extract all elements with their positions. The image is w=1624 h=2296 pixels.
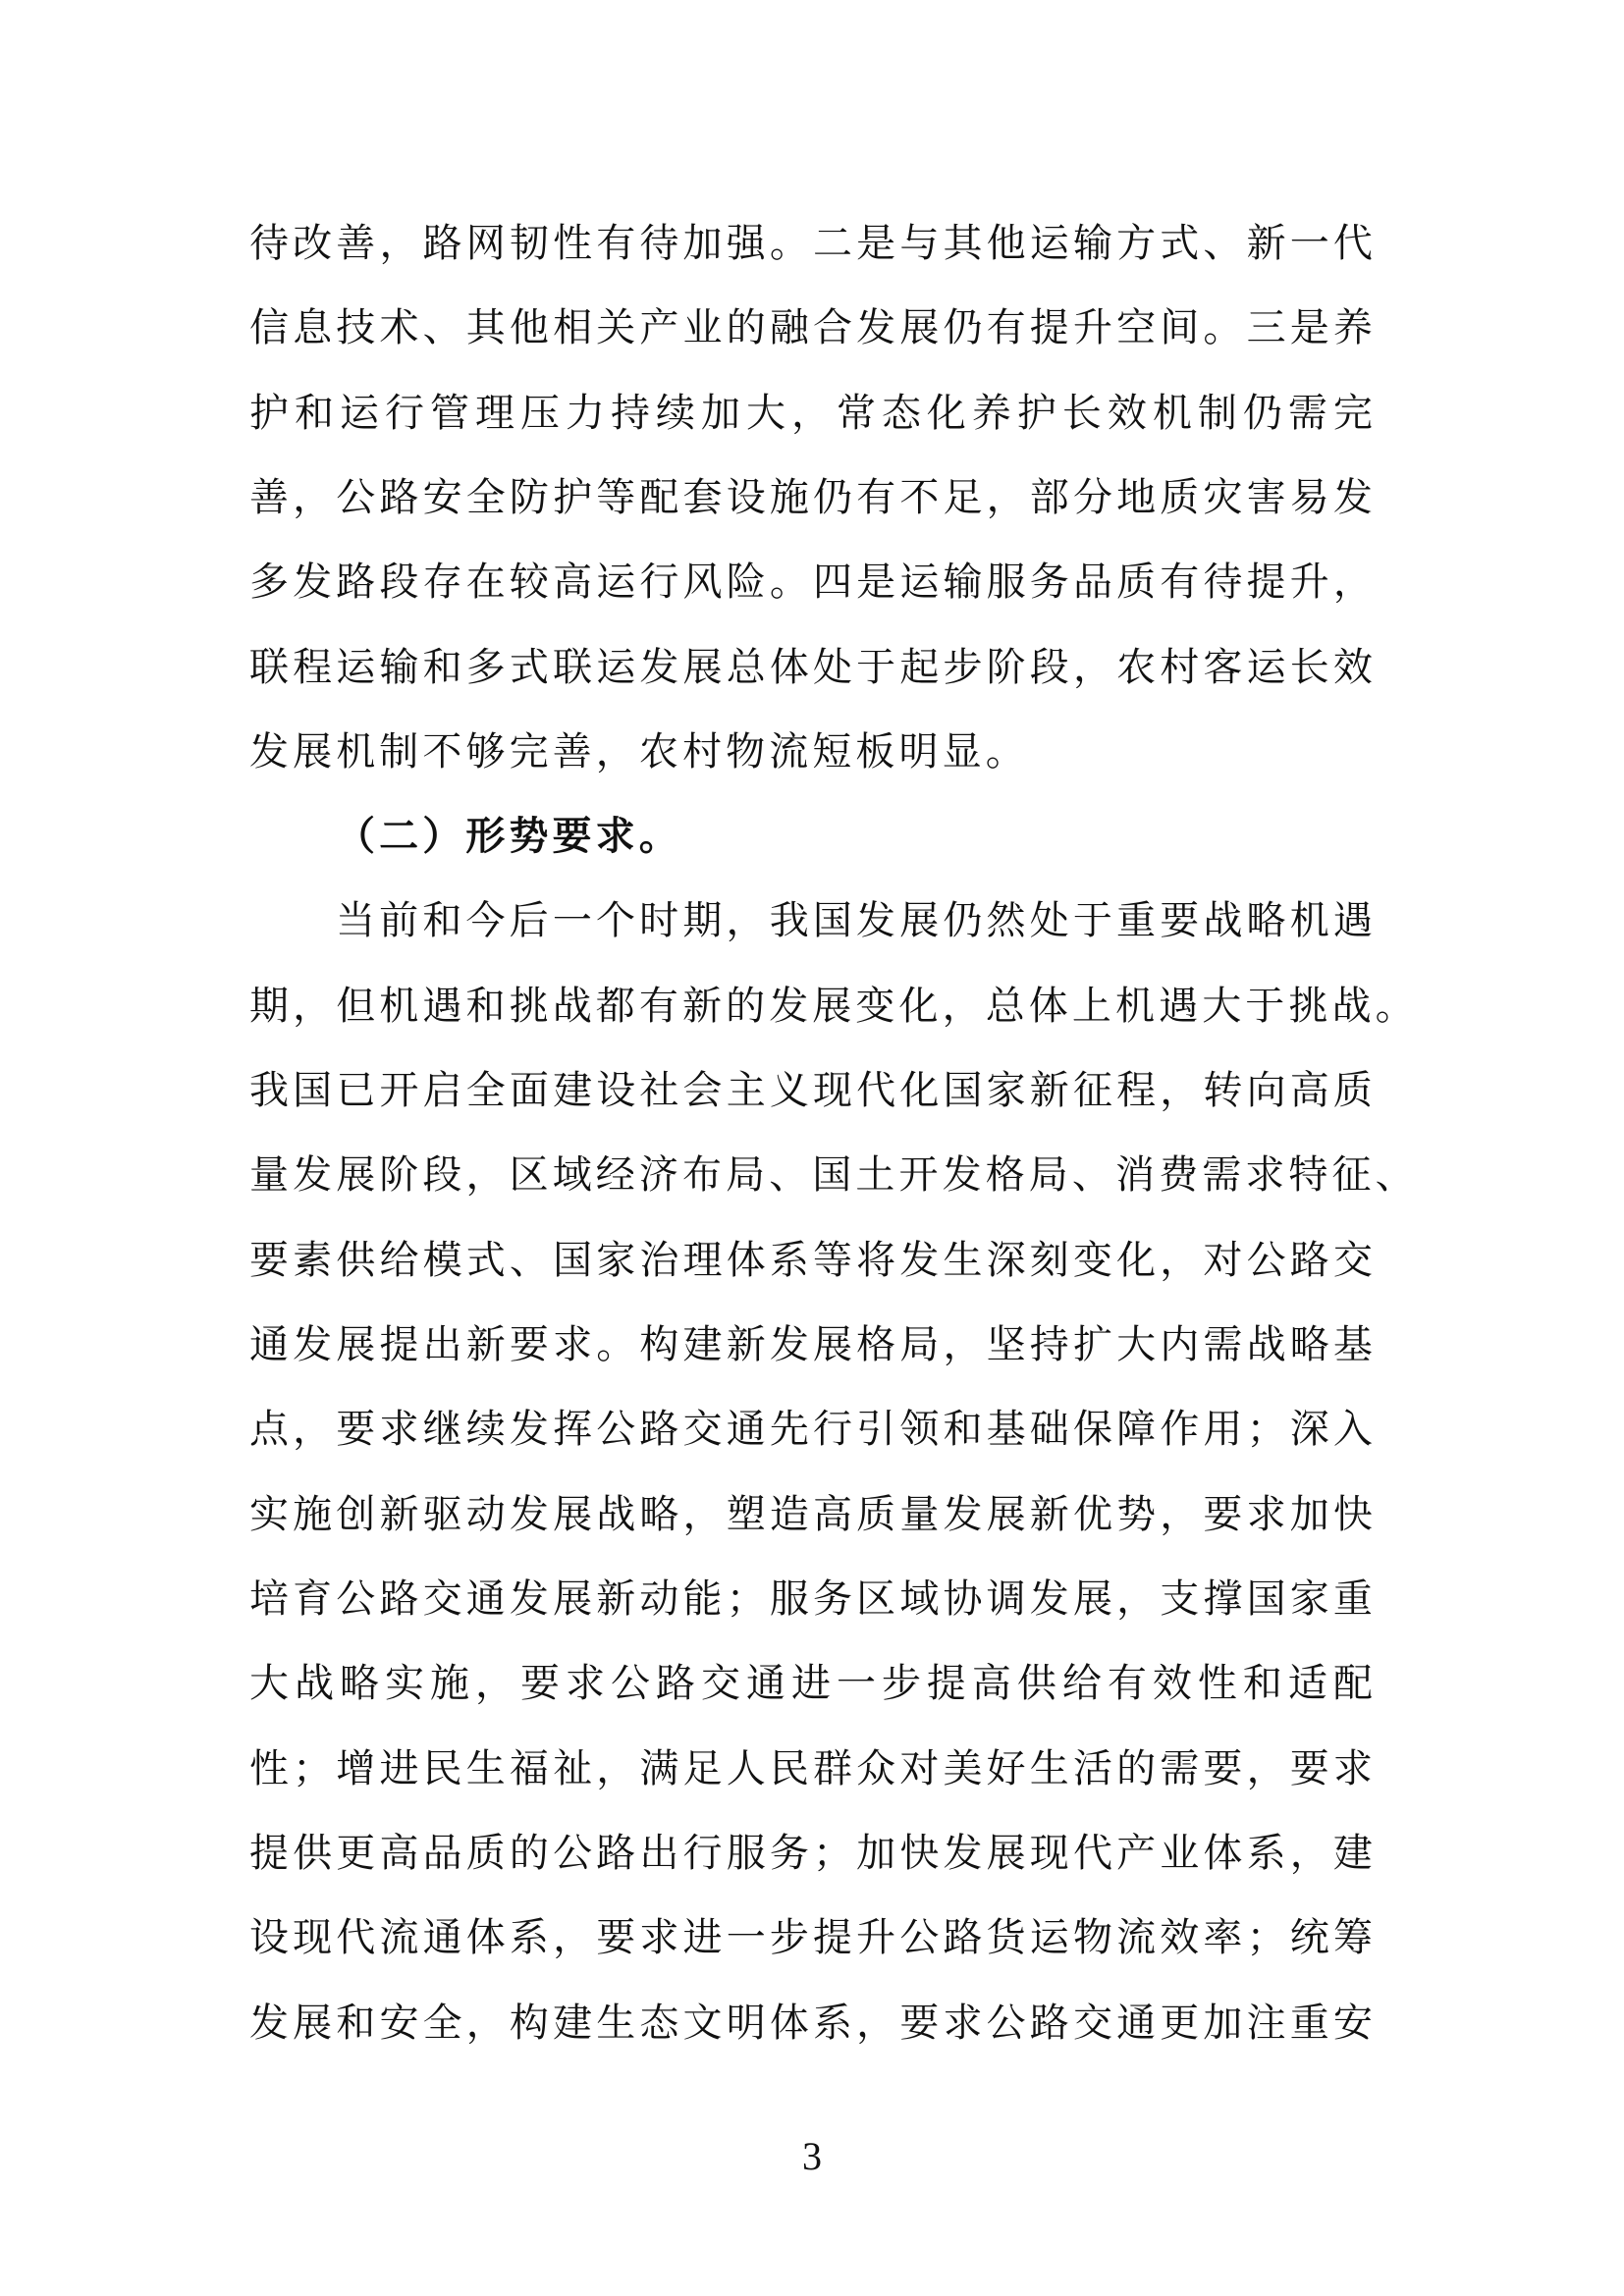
paragraph-line: 量发展阶段，区域经济布局、国土开发格局、消费需求特征、 xyxy=(249,1146,1377,1204)
paragraph-line: 护和运行管理压力持续加大，常态化养护长效机制仍需完 xyxy=(249,384,1377,443)
document-page: 待改善，路网韧性有待加强。二是与其他运输方式、新一代 信息技术、其他相关产业的融… xyxy=(0,0,1624,2296)
paragraph-line: 大战略实施，要求公路交通进一步提高供给有效性和适配 xyxy=(249,1654,1377,1713)
paragraph-line: 期，但机遇和挑战都有新的发展变化，总体上机遇大于挑战。 xyxy=(249,977,1377,1036)
paragraph-line: 点，要求继续发挥公路交通先行引领和基础保障作用；深入 xyxy=(249,1400,1377,1459)
page-number: 3 xyxy=(0,2135,1624,2178)
paragraph-line: 设现代流通体系，要求进一步提升公路货运物流效率；统筹 xyxy=(249,1908,1377,1967)
paragraph-line: 善，公路安全防护等配套设施仍有不足，部分地质灾害易发 xyxy=(249,468,1377,527)
paragraph-line: 培育公路交通发展新动能；服务区域协调发展，支撑国家重 xyxy=(249,1570,1377,1629)
paragraph-line: 性；增进民生福祉，满足人民群众对美好生活的需要，要求 xyxy=(249,1739,1377,1798)
paragraph-line: 发展机制不够完善，农村物流短板明显。 xyxy=(249,722,1377,781)
paragraph-line: 联程运输和多式联运发展总体处于起步阶段，农村客运长效 xyxy=(249,638,1377,697)
paragraph-line: 信息技术、其他相关产业的融合发展仍有提升空间。三是养 xyxy=(249,298,1377,357)
paragraph-line: 要素供给模式、国家治理体系等将发生深刻变化，对公路交 xyxy=(249,1231,1377,1290)
paragraph-line: 当前和今后一个时期，我国发展仍然处于重要战略机遇 xyxy=(336,891,1377,950)
paragraph-line: 我国已开启全面建设社会主义现代化国家新征程，转向高质 xyxy=(249,1061,1377,1120)
paragraph-line: 通发展提出新要求。构建新发展格局，坚持扩大内需战略基 xyxy=(249,1315,1377,1374)
paragraph-line: 待改善，路网韧性有待加强。二是与其他运输方式、新一代 xyxy=(249,214,1377,273)
paragraph-line: 实施创新驱动发展战略，塑造高质量发展新优势，要求加快 xyxy=(249,1485,1377,1544)
paragraph-line: 多发路段存在较高运行风险。四是运输服务品质有待提升， xyxy=(249,553,1377,612)
paragraph-line: 发展和安全，构建生态文明体系，要求公路交通更加注重安 xyxy=(249,1994,1377,2053)
section-heading: （二）形势要求。 xyxy=(336,807,1377,866)
paragraph-line: 提供更高品质的公路出行服务；加快发展现代产业体系，建 xyxy=(249,1824,1377,1883)
